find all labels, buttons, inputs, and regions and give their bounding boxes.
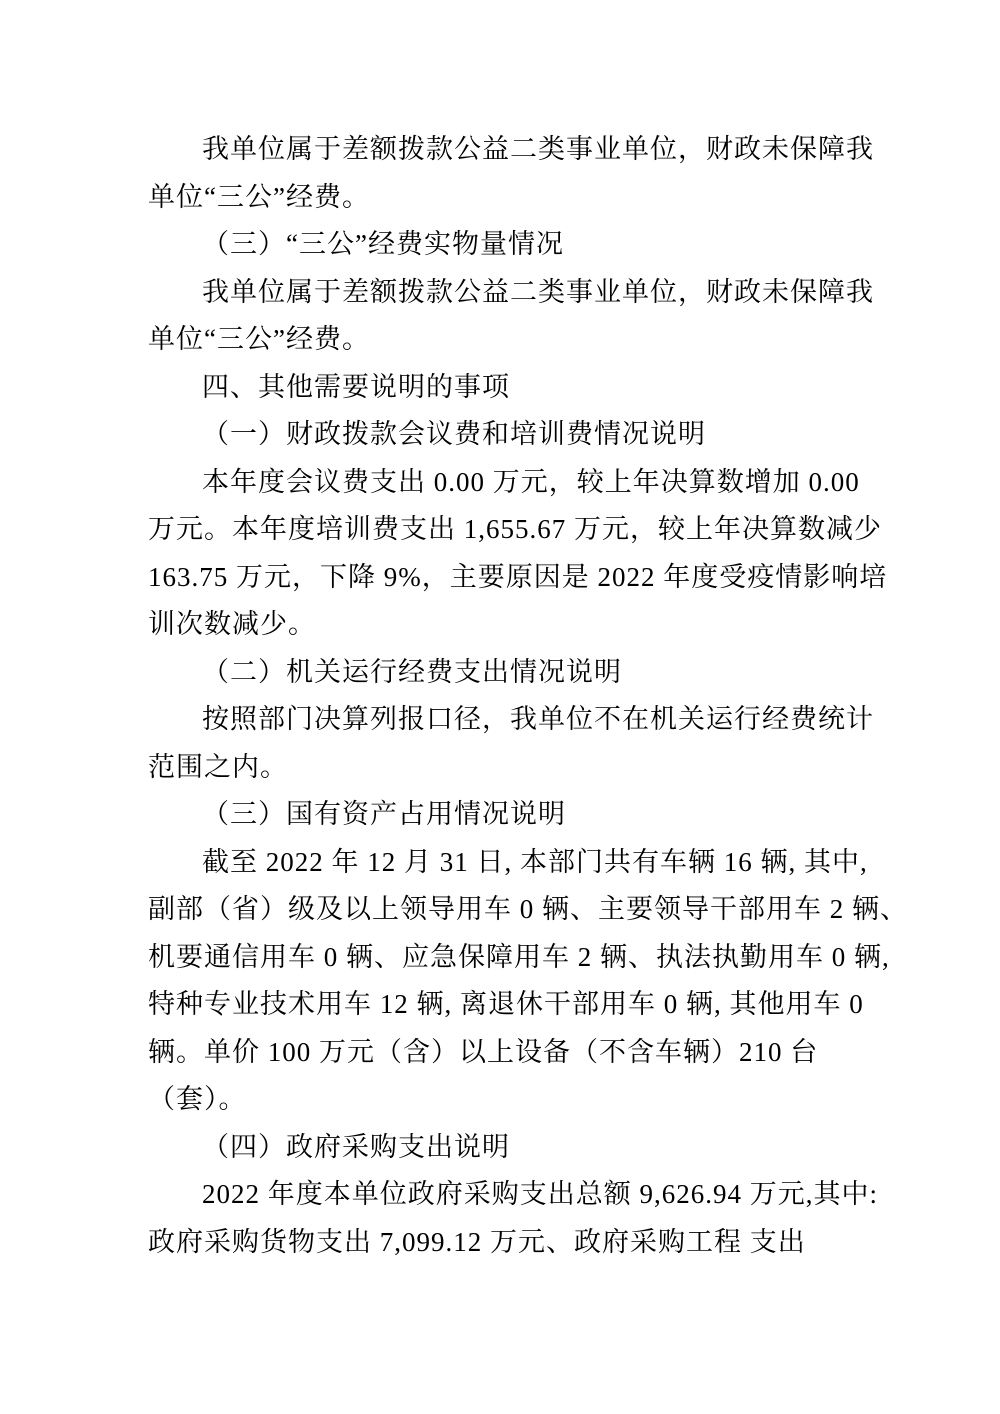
body-line: 2022 年度本单位政府采购支出总额 9,626.94 万元,其中:: [148, 1171, 860, 1219]
body-line: 政府采购货物支出 7,099.12 万元、政府采购工程 支出: [148, 1219, 860, 1267]
body-line: （套）。: [148, 1076, 860, 1124]
body-line: 万元。本年度培训费支出 1,655.67 万元，较上年决算数减少: [148, 506, 860, 554]
document-body: 我单位属于差额拨款公益二类事业单位，财政未保障我 单位“三公”经费。 （三）“三…: [148, 126, 860, 1266]
body-line: 按照部门决算列报口径，我单位不在机关运行经费统计: [148, 696, 860, 744]
body-line: 机要通信用车 0 辆、应急保障用车 2 辆、执法执勤用车 0 辆,: [148, 934, 860, 982]
section-heading: （二）机关运行经费支出情况说明: [148, 649, 860, 697]
body-line: 训次数减少。: [148, 601, 860, 649]
body-line: 特种专业技术用车 12 辆, 离退休干部用车 0 辆, 其他用车 0: [148, 981, 860, 1029]
body-line: 我单位属于差额拨款公益二类事业单位，财政未保障我: [148, 126, 860, 174]
body-line: 辆。单价 100 万元（含）以上设备（不含车辆）210 台: [148, 1029, 860, 1077]
body-line: 单位“三公”经费。: [148, 174, 860, 222]
body-line: 163.75 万元，下降 9%，主要原因是 2022 年度受疫情影响培: [148, 554, 860, 602]
section-heading: 四、其他需要说明的事项: [148, 364, 860, 412]
body-line: 本年度会议费支出 0.00 万元，较上年决算数增加 0.00: [148, 459, 860, 507]
body-line: 范围之内。: [148, 744, 860, 792]
body-line: 单位“三公”经费。: [148, 316, 860, 364]
body-line: 副部（省）级及以上领导用车 0 辆、主要领导干部用车 2 辆、: [148, 886, 860, 934]
section-heading: （三）“三公”经费实物量情况: [148, 221, 860, 269]
section-heading: （四）政府采购支出说明: [148, 1124, 860, 1172]
body-line: 截至 2022 年 12 月 31 日, 本部门共有车辆 16 辆, 其中,: [148, 839, 860, 887]
section-heading: （一）财政拨款会议费和培训费情况说明: [148, 411, 860, 459]
body-line: 我单位属于差额拨款公益二类事业单位，财政未保障我: [148, 269, 860, 317]
document-page: 我单位属于差额拨款公益二类事业单位，财政未保障我 单位“三公”经费。 （三）“三…: [0, 0, 1000, 1414]
section-heading: （三）国有资产占用情况说明: [148, 791, 860, 839]
